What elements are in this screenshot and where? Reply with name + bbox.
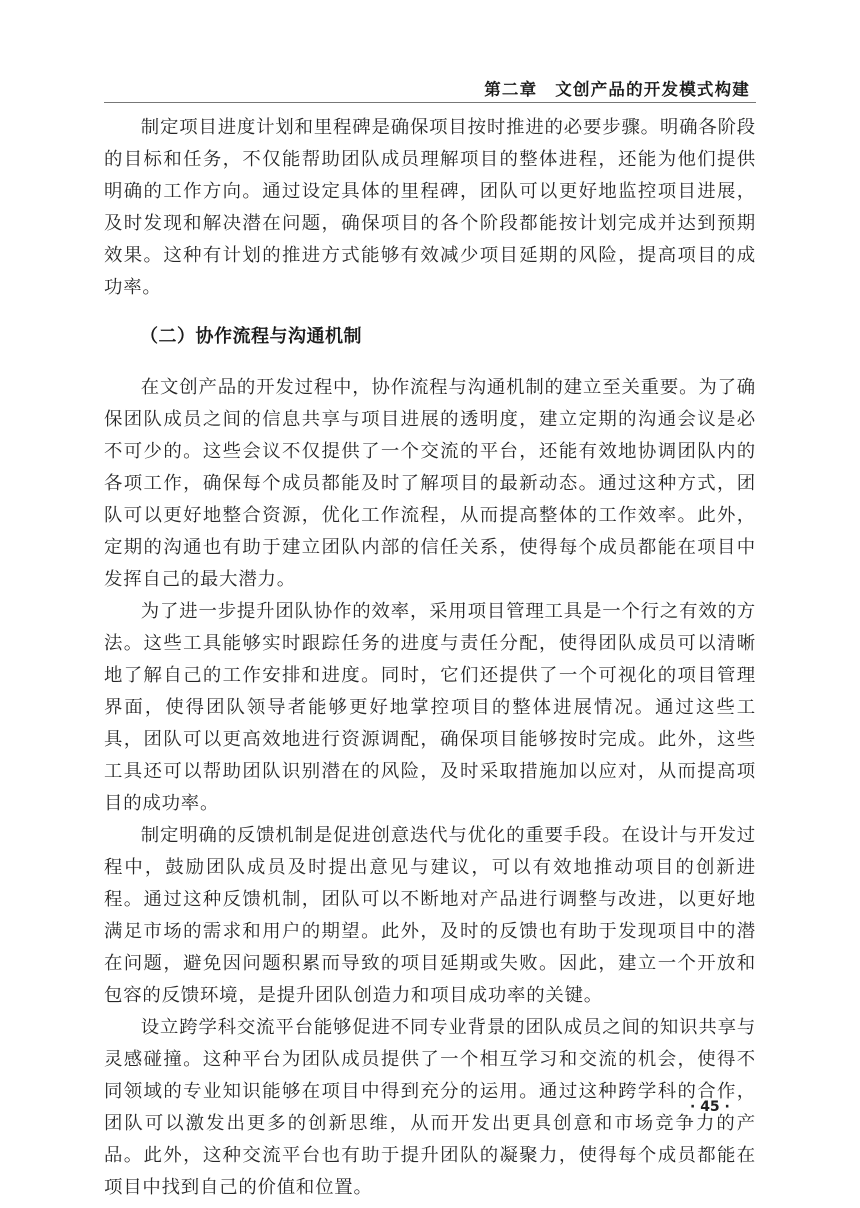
chapter-title: 文创产品的开发模式构建 xyxy=(555,80,750,99)
page-number: · 45 · xyxy=(690,1099,730,1115)
paragraph-milestones: 制定项目进度计划和里程碑是确保项目按时推进的必要步骤。明确各阶段的目标和任务，不… xyxy=(104,112,756,304)
page-body: 制定项目进度计划和里程碑是确保项目按时推进的必要步骤。明确各阶段的目标和任务，不… xyxy=(104,112,756,1204)
running-header-title: 第二章文创产品的开发模式构建 xyxy=(484,76,750,100)
section-heading: （二）协作流程与沟通机制 xyxy=(104,320,756,354)
paragraph-feedback-mechanism: 制定明确的反馈机制是促进创意迭代与优化的重要手段。在设计与开发过程中，鼓励团队成… xyxy=(104,820,756,1012)
paragraph-interdisciplinary-platform: 设立跨学科交流平台能够促进不同专业背景的团队成员之间的知识共享与灵感碰撞。这种平… xyxy=(104,1012,756,1204)
paragraph-project-management-tools: 为了进一步提升团队协作的效率，采用项目管理工具是一个行之有效的方法。这些工具能够… xyxy=(104,596,756,820)
running-header: 第二章文创产品的开发模式构建 xyxy=(104,70,756,103)
chapter-number: 第二章 xyxy=(484,80,537,99)
paragraph-communication-meetings: 在文创产品的开发过程中，协作流程与沟通机制的建立至关重要。为了确保团队成员之间的… xyxy=(104,372,756,596)
